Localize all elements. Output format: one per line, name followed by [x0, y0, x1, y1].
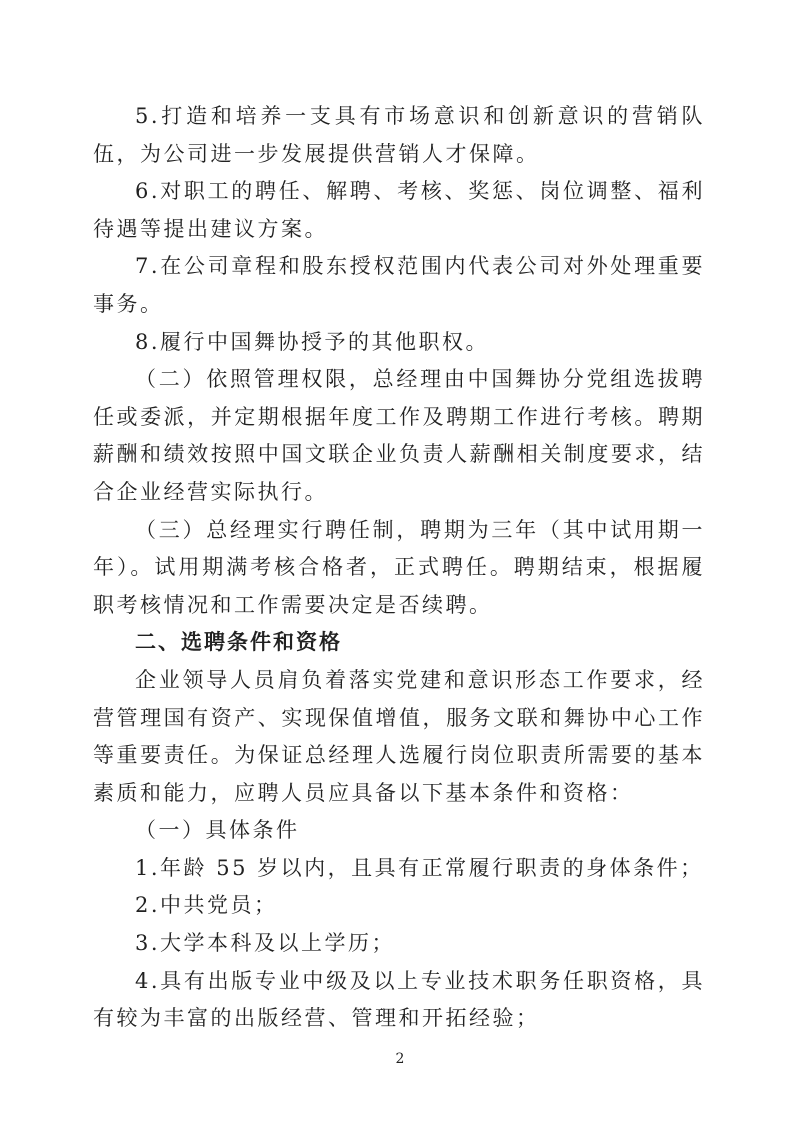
page-number: 2: [396, 1051, 405, 1067]
paragraph-item-6: 6.对职工的聘任、解聘、考核、奖惩、岗位调整、福利待遇等提出建议方案。: [93, 173, 705, 248]
paragraph-condition-4: 4.具有出版专业中级及以上专业技术职务任职资格，具有较为丰富的出版经营、管理和开…: [93, 963, 705, 1038]
document-page: 5.打造和培养一支具有市场意识和创新意识的营销队伍，为公司进一步发展提供营销人才…: [0, 0, 800, 1130]
document-body: 5.打造和培养一支具有市场意识和创新意识的营销队伍，为公司进一步发展提供营销人才…: [93, 98, 705, 1038]
paragraph-item-5: 5.打造和培养一支具有市场意识和创新意识的营销队伍，为公司进一步发展提供营销人才…: [93, 98, 705, 173]
paragraph-subheading-specific-conditions: （一）具体条件: [93, 812, 705, 850]
paragraph-condition-1: 1.年龄 55 岁以内，且具有正常履行职责的身体条件；: [93, 850, 705, 888]
paragraph-clause-2: （二）依照管理权限，总经理由中国舞协分党组选拔聘任或委派，并定期根据年度工作及聘…: [93, 361, 705, 511]
paragraph-item-8: 8.履行中国舞协授予的其他职权。: [93, 324, 705, 362]
paragraph-clause-3: （三）总经理实行聘任制，聘期为三年（其中试用期一年）。试用期满考核合格者，正式聘…: [93, 512, 705, 625]
paragraph-condition-2: 2.中共党员；: [93, 887, 705, 925]
section-heading-recruitment-conditions: 二、选聘条件和资格: [93, 624, 705, 662]
page-footer: 2: [0, 1048, 800, 1069]
paragraph-responsibility-intro: 企业领导人员肩负着落实党建和意识形态工作要求，经营管理国有资产、实现保值增值，服…: [93, 662, 705, 812]
paragraph-condition-3: 3.大学本科及以上学历；: [93, 925, 705, 963]
paragraph-item-7: 7.在公司章程和股东授权范围内代表公司对外处理重要事务。: [93, 248, 705, 323]
